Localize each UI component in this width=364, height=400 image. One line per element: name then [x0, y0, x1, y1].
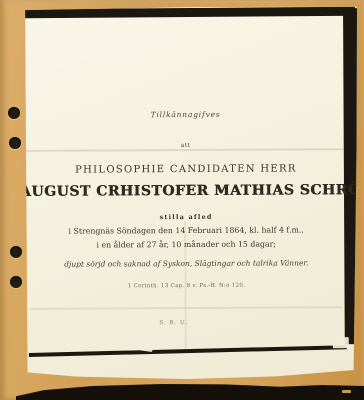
att-text: att	[20, 141, 352, 150]
scanned-photo: Tillkännagifves att PHILOSOPHIE CANDIDAT…	[0, 0, 364, 400]
punch-hole	[9, 137, 21, 149]
scripture-line: 1 Corinth. 13 Cap. 8 v. Ps.-B. N:o 120.	[20, 282, 352, 290]
printer-mark: S. B. U.	[8, 319, 340, 327]
announcement-card: Tillkännagifves att PHILOSOPHIE CANDIDAT…	[25, 6, 359, 380]
deceased-name: AUGUST CRHISTOFER MATHIAS SCHRÖDER	[20, 182, 352, 200]
tape-mark	[333, 337, 349, 348]
age-line: i en ålder af 27 år, 10 månader och 15 d…	[20, 239, 352, 250]
proclamation-text: Tillkännagifves	[20, 109, 352, 120]
punch-hole	[10, 276, 22, 288]
punch-hole	[8, 107, 20, 119]
punch-hole	[10, 246, 22, 258]
tape-mark	[342, 390, 351, 393]
title-line: PHILOSOPHIE CANDIDATEN HERR	[20, 163, 352, 176]
mourning-line: djupt sörjd och saknad af Syskon, Slägti…	[20, 258, 352, 269]
died-line: stilla afled	[20, 212, 352, 222]
tape-mark	[140, 341, 153, 352]
mourning-border-bottom	[29, 345, 347, 357]
place-date-line: i Strengnäs Söndagen den 14 Februari 186…	[20, 225, 352, 236]
crease-line	[31, 306, 343, 310]
